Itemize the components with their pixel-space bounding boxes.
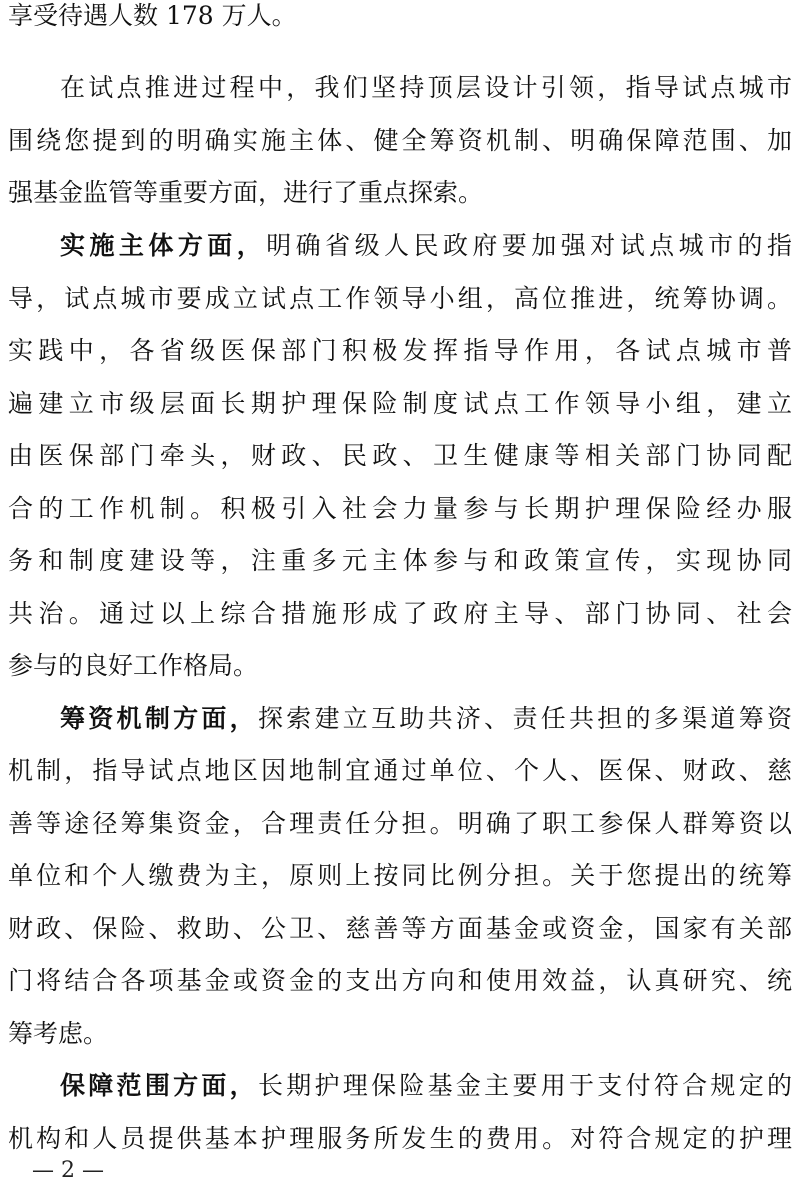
paragraph-line: 遍建立市级层面长期护理保险制度试点工作领导小组，建立 — [8, 384, 792, 424]
paragraph-first-line: 保障范围方面，长期护理保险基金主要用于支付符合规定的 — [60, 1066, 792, 1106]
paragraph-line: 单位和个人缴费为主，原则上按同比例分担。关于您提出的统筹 — [8, 856, 792, 896]
paragraph-line: 享受待遇人数 178 万人。 — [8, 0, 792, 36]
paragraph-line: 共治。通过以上综合措施形成了政府主导、部门协同、社会 — [8, 594, 792, 634]
paragraph-text: 探索建立互助共济、责任共担的多渠道筹资 — [258, 704, 792, 733]
document-page: 享受待遇人数 178 万人。 在试点推进过程中，我们坚持顶层设计引领，指导试点城… — [0, 0, 800, 1193]
paragraph-line: 筹考虑。 — [8, 1014, 792, 1054]
section-heading-implementation: 实施主体方面， — [60, 231, 266, 260]
paragraph-text: 明确省级人民政府要加强对试点城市的指 — [266, 231, 792, 260]
paragraph-line: 机构和人员提供基本护理服务所发生的费用。对符合规定的护理 — [8, 1119, 792, 1159]
paragraph-line: 参与的良好工作格局。 — [8, 646, 792, 686]
paragraph-line: 围绕您提到的明确实施主体、健全筹资机制、明确保障范围、加 — [8, 121, 792, 161]
paragraph-line: 善等途径筹集资金，合理责任分担。明确了职工参保人群筹资以 — [8, 804, 792, 844]
paragraph-line: 实践中，各省级医保部门积极发挥指导作用，各试点城市普 — [8, 331, 792, 371]
paragraph-line: 机制，指导试点地区因地制宜通过单位、个人、医保、财政、慈 — [8, 751, 792, 791]
page-number: — 2 — — [32, 1154, 104, 1188]
section-heading-funding: 筹资机制方面， — [60, 704, 258, 733]
section-heading-coverage: 保障范围方面， — [60, 1071, 258, 1100]
paragraph-line: 导，试点城市要成立试点工作领导小组，高位推进，统筹协调。 — [8, 279, 792, 319]
paragraph-line: 强基金监管等重要方面，进行了重点探索。 — [8, 173, 792, 213]
paragraph-line: 门将结合各项基金或资金的支出方向和使用效益，认真研究、统 — [8, 961, 792, 1001]
paragraph-text: 长期护理保险基金主要用于支付符合规定的 — [258, 1071, 792, 1100]
paragraph-line: 财政、保险、救助、公卫、慈善等方面基金或资金，国家有关部 — [8, 909, 792, 949]
paragraph-first-line: 筹资机制方面，探索建立互助共济、责任共担的多渠道筹资 — [60, 699, 792, 739]
paragraph-line: 合的工作机制。积极引入社会力量参与长期护理保险经办服 — [8, 489, 792, 529]
paragraph-line: 务和制度建设等，注重多元主体参与和政策宣传，实现协同 — [8, 541, 792, 581]
paragraph-first-line: 实施主体方面，明确省级人民政府要加强对试点城市的指 — [60, 226, 792, 266]
paragraph-line: 在试点推进过程中，我们坚持顶层设计引领，指导试点城市 — [60, 68, 792, 108]
paragraph-line: 由医保部门牵头，财政、民政、卫生健康等相关部门协同配 — [8, 436, 792, 476]
